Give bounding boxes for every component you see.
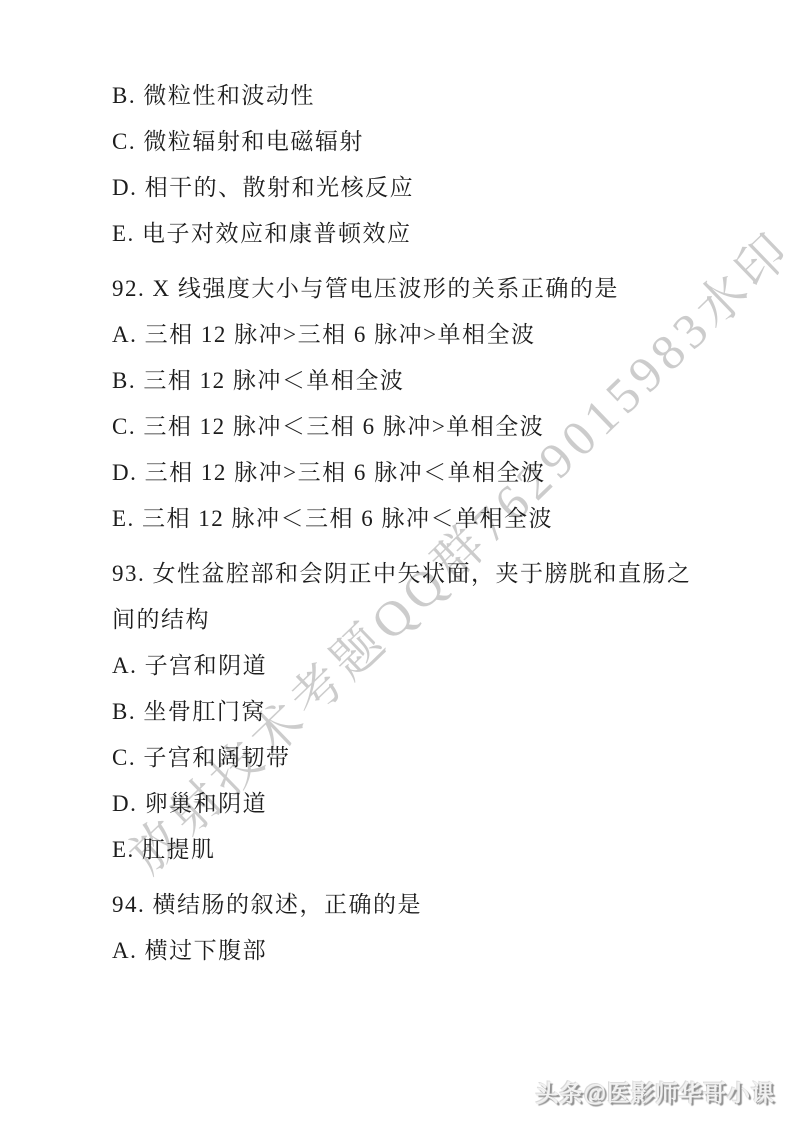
question-block: 92. X 线强度大小与管电压波形的关系正确的是A. 三相 12 脉冲>三相 6… [112, 277, 743, 530]
text-line: C. 微粒辐射和电磁辐射 [112, 130, 743, 153]
text-line: B. 微粒性和波动性 [112, 84, 743, 107]
question-block: 94. 横结肠的叙述，正确的是A. 横过下腹部 [112, 893, 743, 962]
text-line: 94. 横结肠的叙述，正确的是 [112, 893, 743, 916]
text-line: 间的结构 [112, 608, 743, 631]
question-blocks: B. 微粒性和波动性C. 微粒辐射和电磁辐射D. 相干的、散射和光核反应E. 电… [112, 84, 743, 994]
options-block: B. 微粒性和波动性C. 微粒辐射和电磁辐射D. 相干的、散射和光核反应E. 电… [112, 84, 743, 245]
text-line: 92. X 线强度大小与管电压波形的关系正确的是 [112, 277, 743, 300]
text-line: A. 横过下腹部 [112, 939, 743, 962]
text-line: D. 相干的、散射和光核反应 [112, 176, 743, 199]
text-line: B. 三相 12 脉冲＜单相全波 [112, 369, 743, 392]
text-line: E. 肛提肌 [112, 838, 743, 861]
document-page: 放射技术考题QQ群7629015983水印 B. 微粒性和波动性C. 微粒辐射和… [0, 0, 793, 1122]
question-block: 93. 女性盆腔部和会阴正中矢状面，夹于膀胱和直肠之间的结构A. 子宫和阴道B.… [112, 562, 743, 861]
text-line: 93. 女性盆腔部和会阴正中矢状面，夹于膀胱和直肠之 [112, 562, 743, 585]
text-line: A. 三相 12 脉冲>三相 6 脉冲>单相全波 [112, 323, 743, 346]
text-line: C. 三相 12 脉冲＜三相 6 脉冲>单相全波 [112, 415, 743, 438]
text-line: D. 卵巢和阴道 [112, 792, 743, 815]
text-line: D. 三相 12 脉冲>三相 6 脉冲＜单相全波 [112, 461, 743, 484]
text-line: C. 子宫和阔韧带 [112, 746, 743, 769]
text-line: B. 坐骨肛门窝 [112, 700, 743, 723]
text-line: E. 三相 12 脉冲＜三相 6 脉冲＜单相全波 [112, 507, 743, 530]
text-line: E. 电子对效应和康普顿效应 [112, 222, 743, 245]
footer-watermark: 头条@医影师华哥小课 [536, 1075, 775, 1108]
text-line: A. 子宫和阴道 [112, 654, 743, 677]
